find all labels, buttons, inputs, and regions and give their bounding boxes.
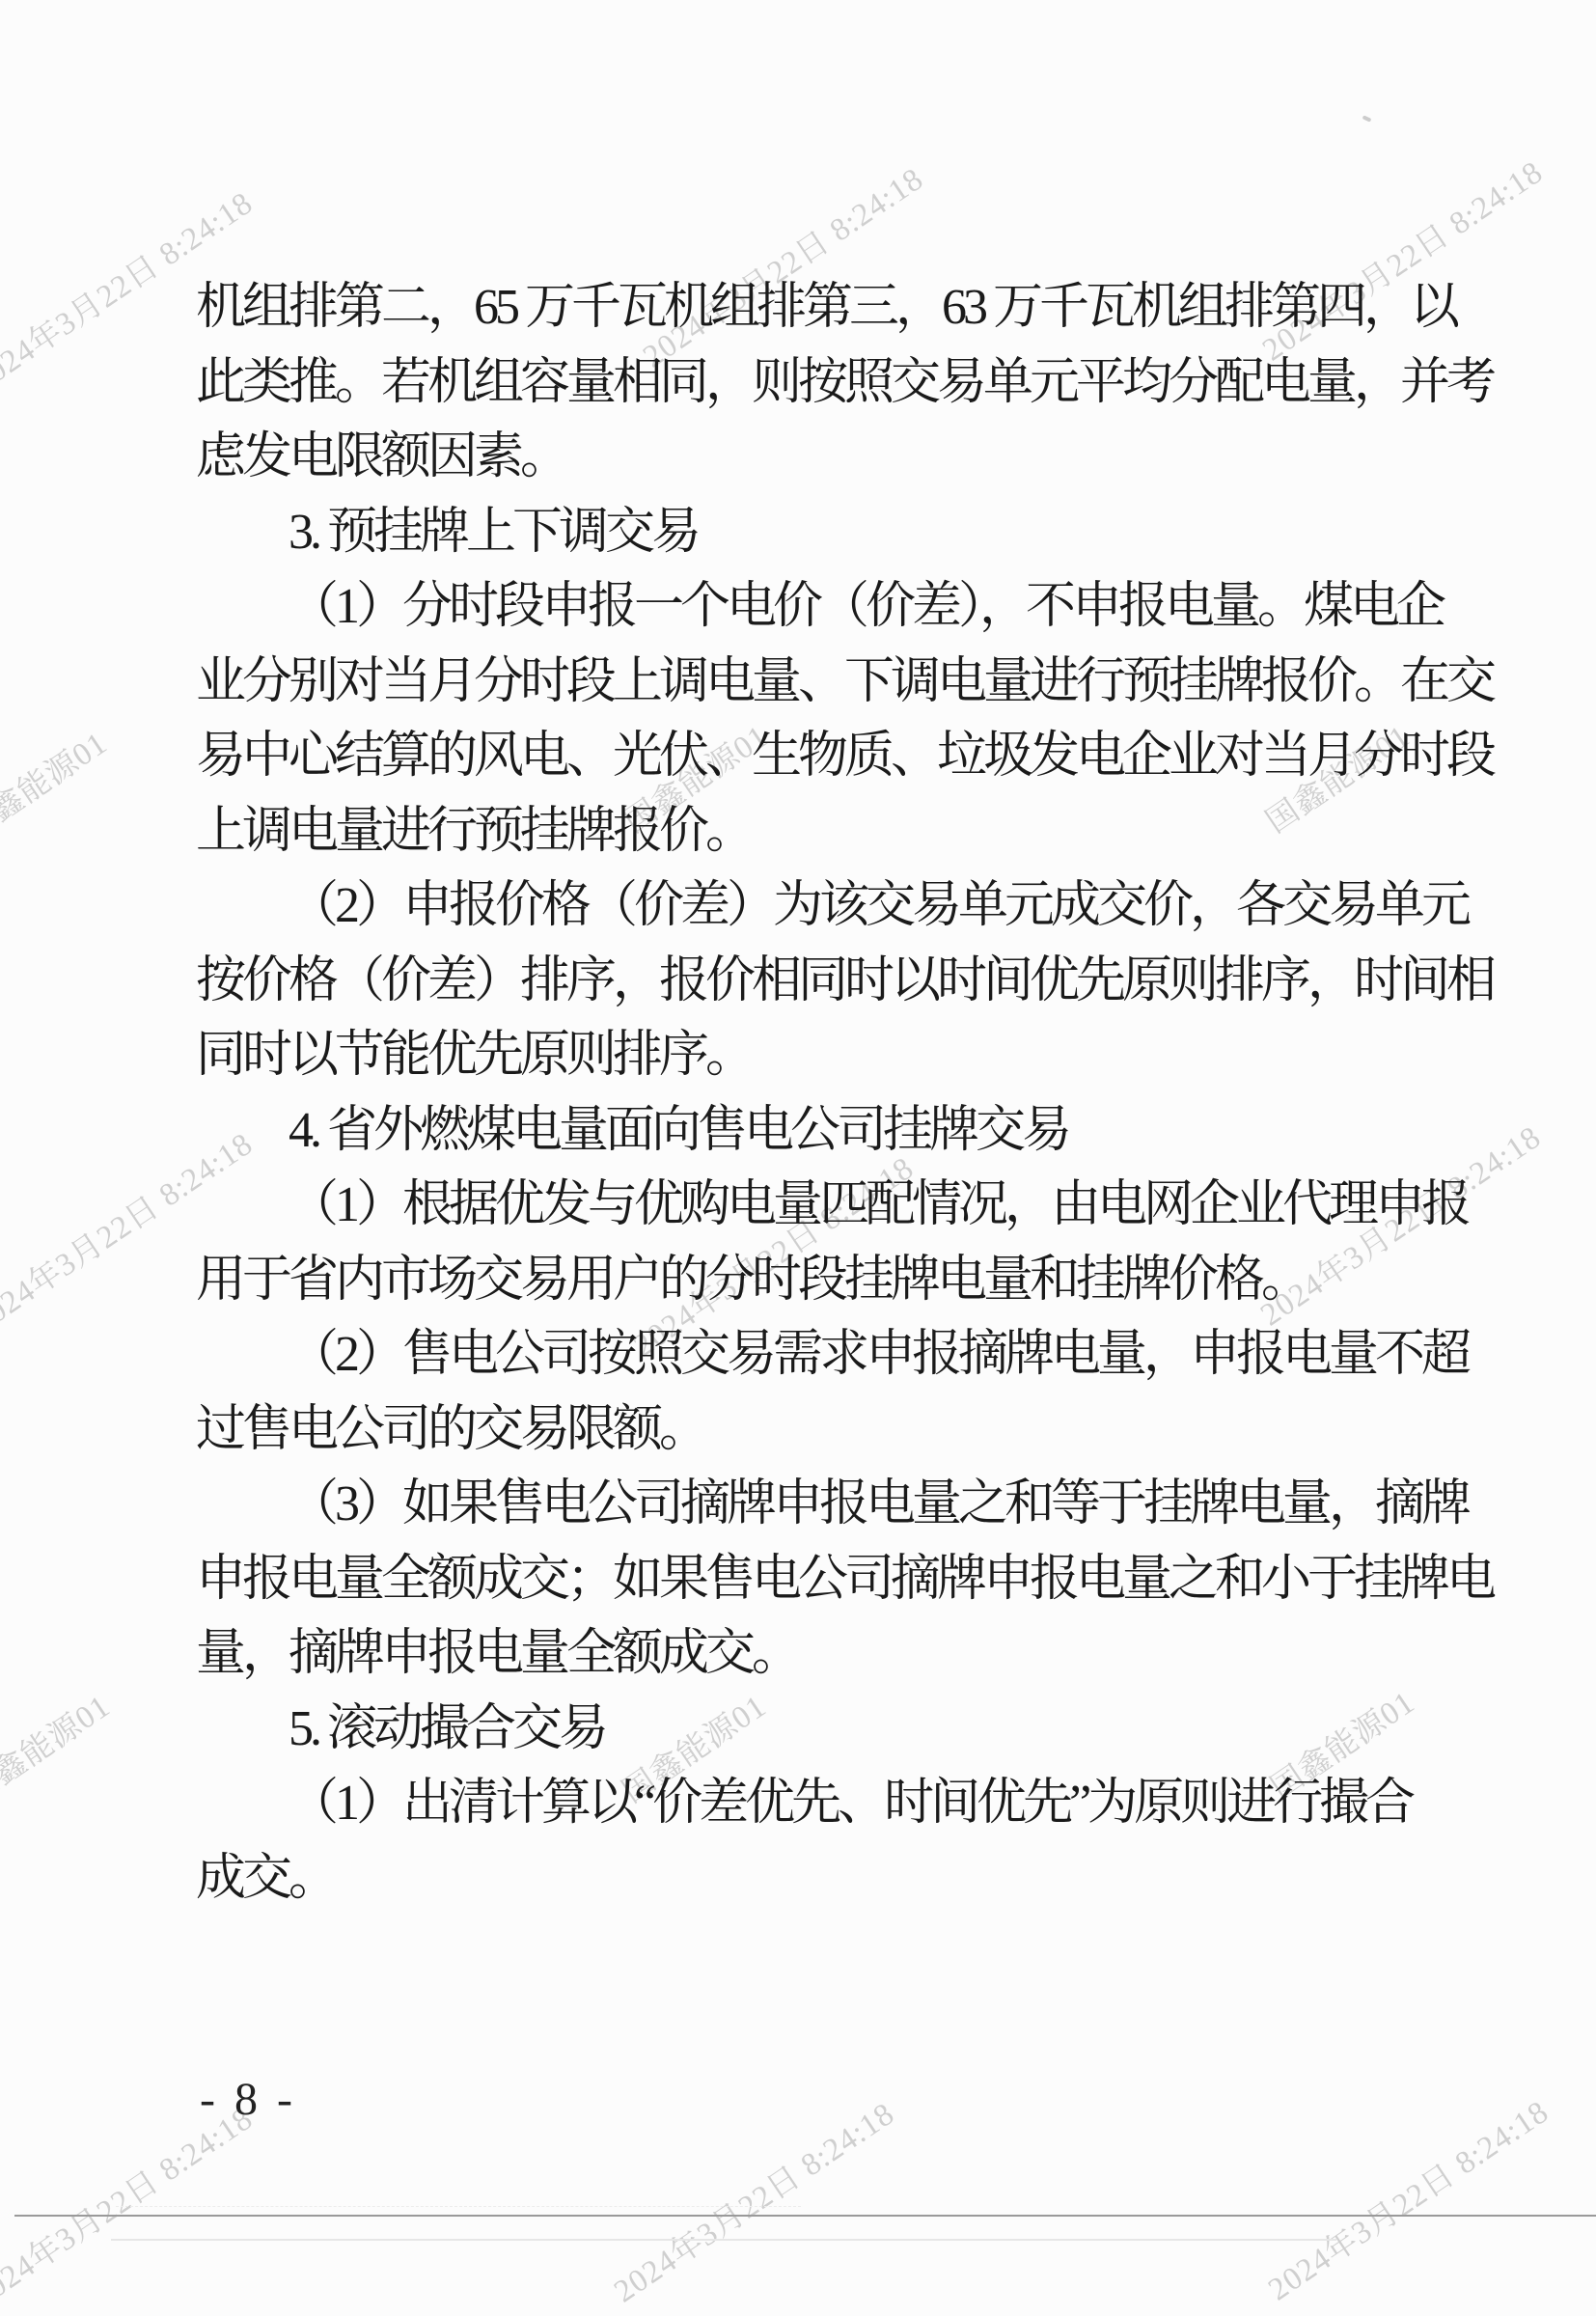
body-text-line: 按价格（价差）排序，报价相同时以时间优先原则排序，时间相 xyxy=(196,944,1479,1019)
body-text-line: （2）售电公司按照交易需求申报摘牌电量，申报电量不超 xyxy=(196,1317,1479,1392)
body-text-line: 用于省内市场交易用户的分时段挂牌电量和挂牌价格。 xyxy=(196,1243,1479,1318)
section-heading: 4. 省外燃煤电量面向售电公司挂牌交易 xyxy=(196,1093,1479,1169)
body-text-line: 业分别对当月分时段上调电量、下调电量进行预挂牌报价。在交 xyxy=(196,645,1479,720)
body-text-line: 成交。 xyxy=(196,1841,1479,1916)
watermark-company: 国鑫能源01 xyxy=(0,719,115,849)
body-text-line: 虑发电限额因素。 xyxy=(196,420,1479,495)
body-text-line: 易中心结算的风电、光伏、生物质、垃圾发电企业对当月分时段 xyxy=(196,719,1479,794)
section-heading: 5. 滚动撮合交易 xyxy=(196,1692,1479,1767)
body-text-line: 同时以节能优先原则排序。 xyxy=(196,1018,1479,1093)
scan-speck xyxy=(1362,115,1372,122)
scan-artifact-line xyxy=(116,2206,801,2207)
watermark-timestamp: 2024年3月22日 8:24:18 xyxy=(603,2089,901,2257)
body-text-line: （1）分时段申报一个电价（价差），不申报电量。煤电企 xyxy=(196,569,1479,645)
body-text-line: （2）申报价格（价差）为该交易单元成交价，各交易单元 xyxy=(196,868,1479,944)
footer-rule-faint xyxy=(111,2239,1336,2241)
page-number: - 8 - xyxy=(200,2073,296,2126)
body-text-line: 量，摘牌申报电量全额成交。 xyxy=(196,1616,1479,1692)
document-page: 2024年3月22日 8:24:18 2024年3月22日 8:24:18 20… xyxy=(0,0,1596,2257)
body-text-line: 上调电量进行预挂牌报价。 xyxy=(196,794,1479,869)
body-text-line: 过售电公司的交易限额。 xyxy=(196,1392,1479,1468)
body-text: 机组排第二，65 万千瓦机组排第三，63 万千瓦机组排第四，以 此类推。若机组容… xyxy=(196,270,1479,1916)
watermark-company: 国鑫能源01 xyxy=(0,1682,118,1812)
body-text-line: 申报电量全额成交；如果售电公司摘牌申报电量之和小于挂牌电 xyxy=(196,1542,1479,1617)
body-text-line: （3）如果售电公司摘牌申报电量之和等于挂牌电量，摘牌 xyxy=(196,1467,1479,1542)
watermark-timestamp: 2024年3月22日 8:24:18 xyxy=(1257,2087,1555,2257)
body-text-line: 机组排第二，65 万千瓦机组排第三，63 万千瓦机组排第四，以 xyxy=(196,270,1479,345)
body-text-line: 此类推。若机组容量相同，则按照交易单元平均分配电量，并考 xyxy=(196,345,1479,421)
body-text-line: （1）根据优发与优购电量匹配情况，由电网企业代理申报 xyxy=(196,1168,1479,1243)
section-heading: 3. 预挂牌上下调交易 xyxy=(196,495,1479,570)
footer-rule xyxy=(14,2215,1596,2217)
body-text-line: （1）出清计算以“价差优先、时间优先”为原则进行撮合 xyxy=(196,1766,1479,1841)
